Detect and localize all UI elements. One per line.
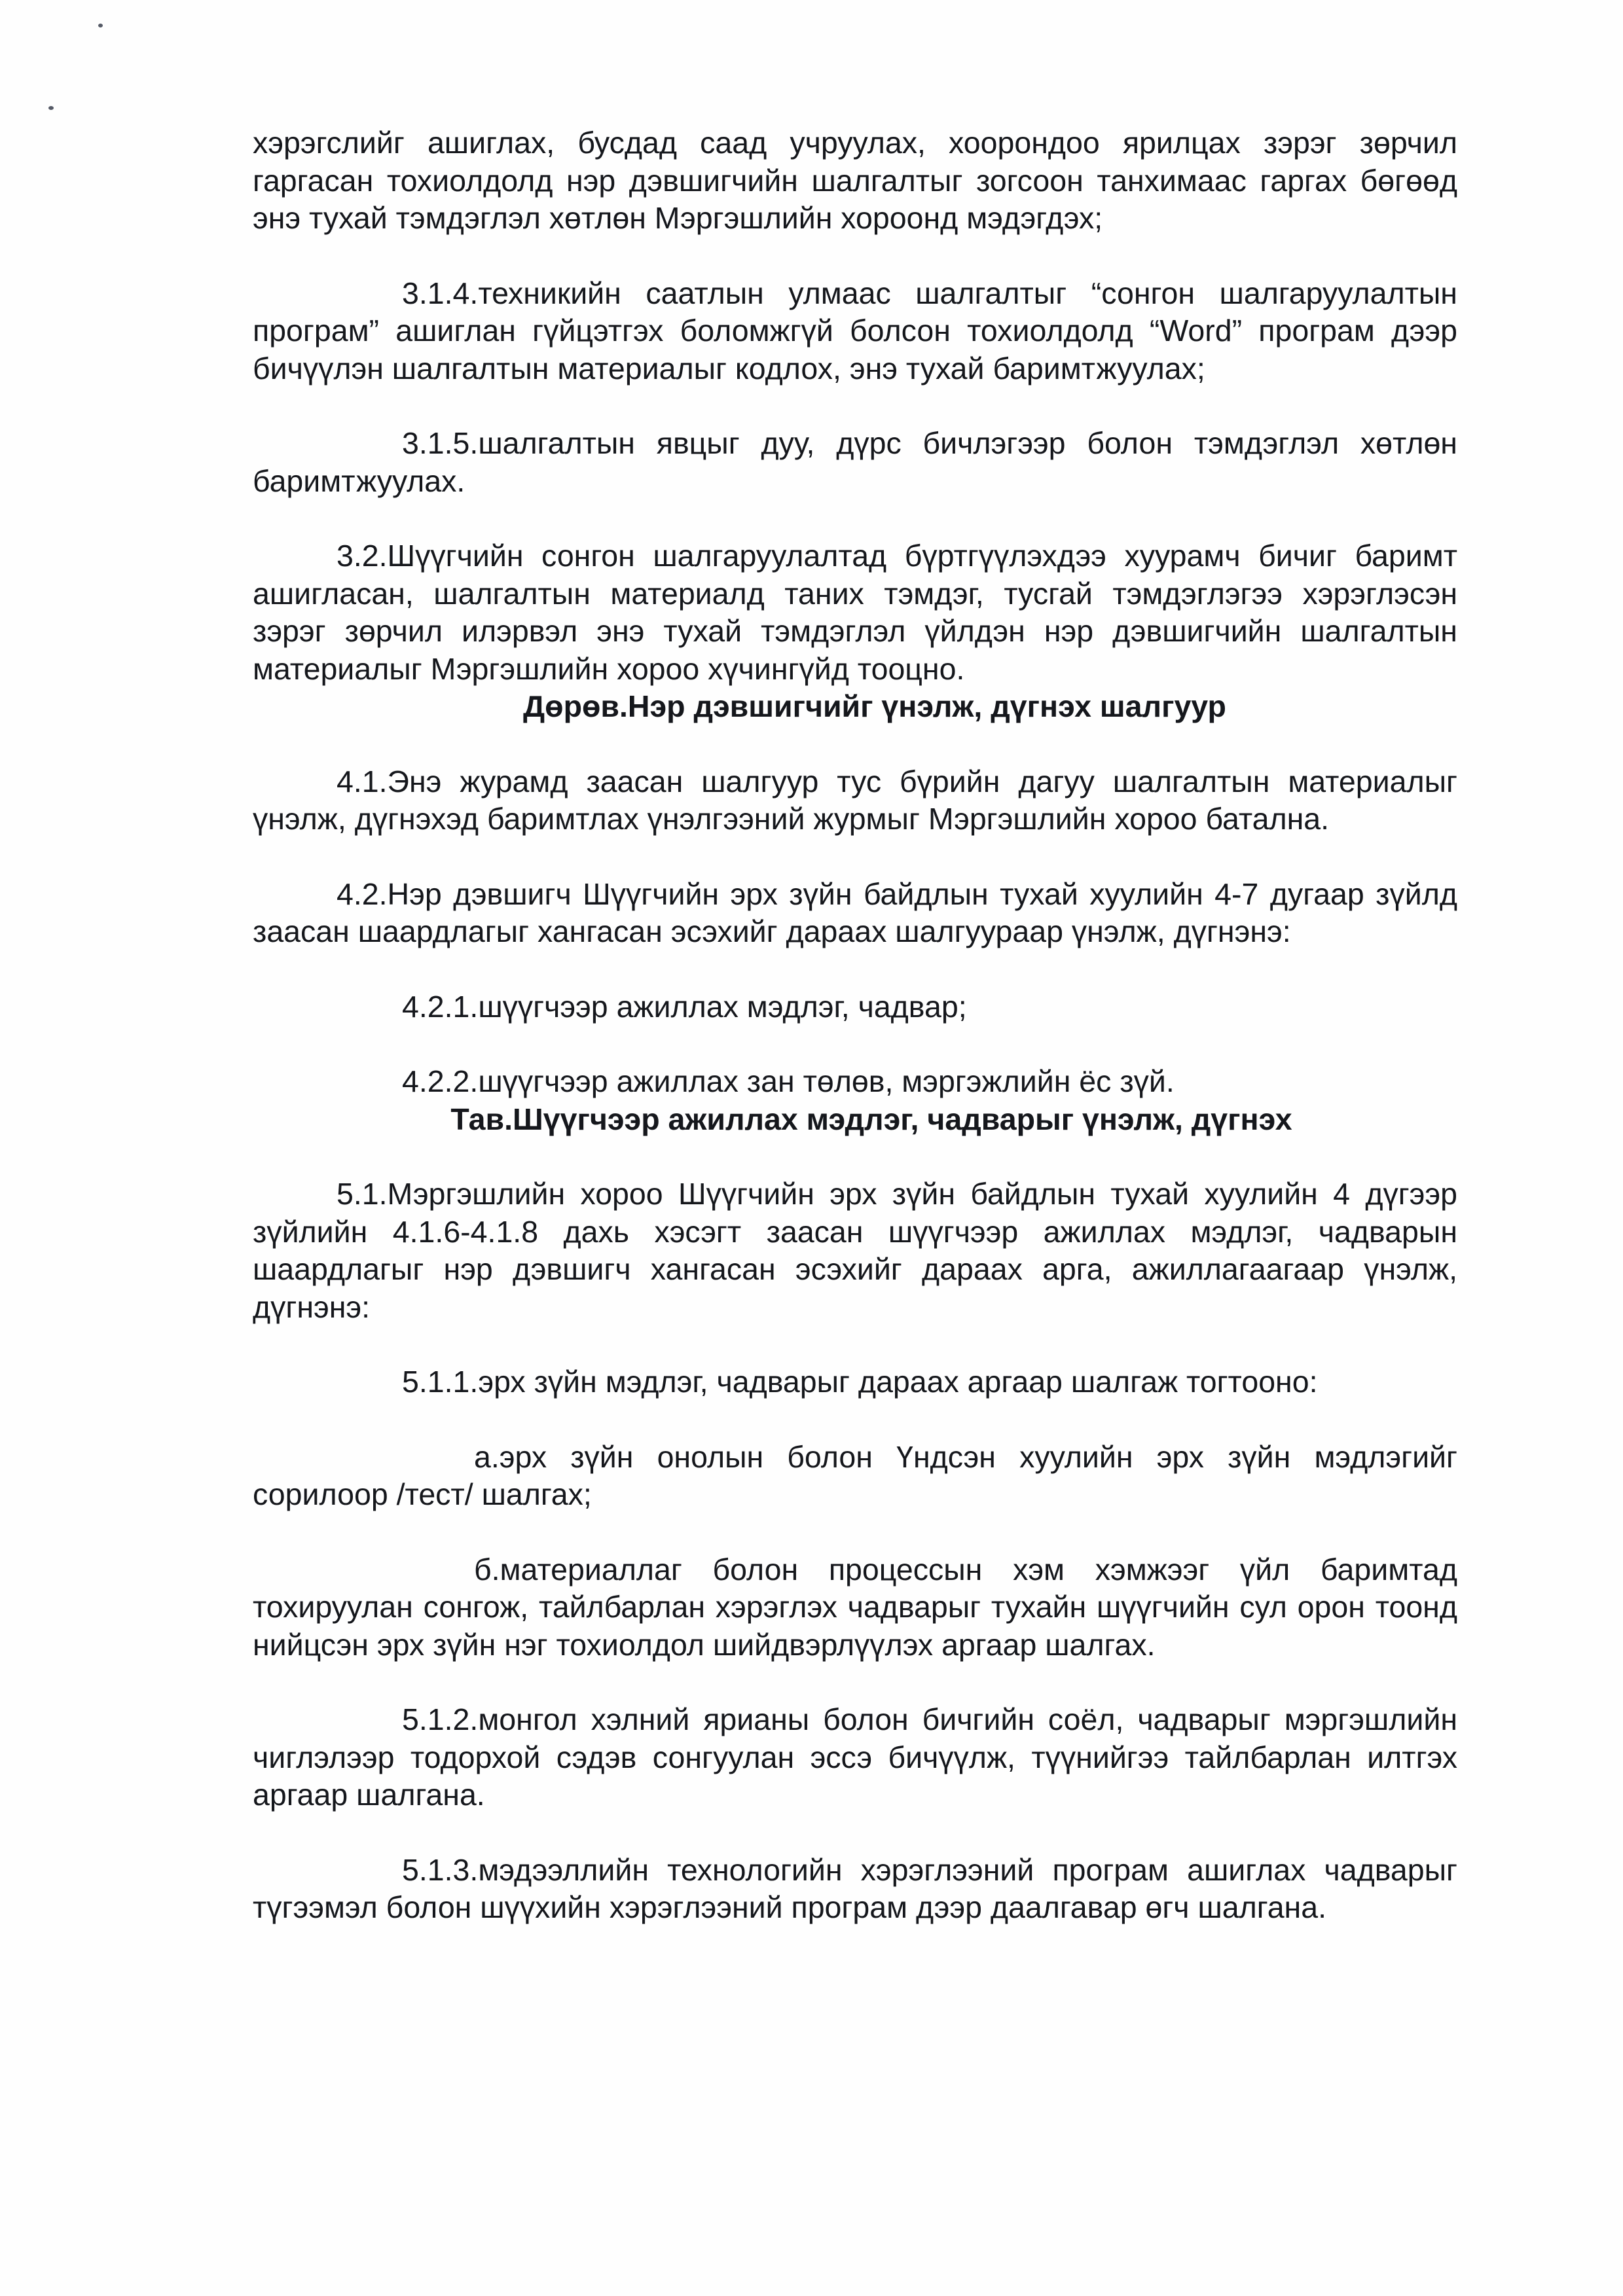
- paragraph-continuation: хэрэгслийг ашиглах, бусдад саад учруулах…: [253, 124, 1457, 238]
- paragraph-4-2-2: 4.2.2.шүүгчээр ажиллах зан төлөв, мэргэж…: [253, 1063, 1457, 1101]
- paragraph-5-1-3: 5.1.3.мэдээллийн технологийн хэрэглээний…: [253, 1852, 1457, 1927]
- paragraph-5-1-1: 5.1.1.эрх зүйн мэдлэг, чадварыг дараах а…: [253, 1363, 1457, 1401]
- paragraph-3-2: 3.2.Шүүгчийн сонгон шалгаруулалтад бүртг…: [253, 537, 1457, 688]
- paragraph-4-2: 4.2.Нэр дэвшигч Шүүгчийн эрх зүйн байдлы…: [253, 876, 1457, 951]
- paragraph-5-1-1-b: б.материаллаг болон процессын хэм хэмжээ…: [253, 1551, 1457, 1664]
- paragraph-4-2-1: 4.2.1.шүүгчээр ажиллах мэдлэг, чадвар;: [253, 988, 1457, 1026]
- paragraph-5-1-2: 5.1.2.монгол хэлний ярианы болон бичгийн…: [253, 1701, 1457, 1814]
- paragraph-5-1: 5.1.Мэргэшлийн хороо Шүүгчийн эрх зүйн б…: [253, 1175, 1457, 1326]
- paragraph-3-1-5: 3.1.5.шалгалтын явцыг дуу, дүрс бичлэгээ…: [253, 425, 1457, 500]
- paragraph-3-1-4: 3.1.4.техникийн саатлын улмаас шалгалтыг…: [253, 275, 1457, 388]
- scan-speck: [98, 24, 103, 27]
- section-heading-5: Тав.Шүүгчээр ажиллах мэдлэг, чадварыг үн…: [253, 1101, 1457, 1139]
- document-body: хэрэгслийг ашиглах, бусдад саад учруулах…: [253, 124, 1457, 1927]
- scan-speck: [48, 106, 54, 110]
- paragraph-4-1: 4.1.Энэ журамд заасан шалгуур тус бүрийн…: [253, 763, 1457, 838]
- document-page: хэрэгслийг ашиглах, бусдад саад учруулах…: [0, 0, 1623, 2296]
- paragraph-5-1-1-a: а.эрх зүйн онолын болон Үндсэн хуулийн э…: [253, 1439, 1457, 1514]
- section-heading-4: Дөрөв.Нэр дэвшигчийг үнэлж, дүгнэх шалгу…: [253, 688, 1457, 726]
